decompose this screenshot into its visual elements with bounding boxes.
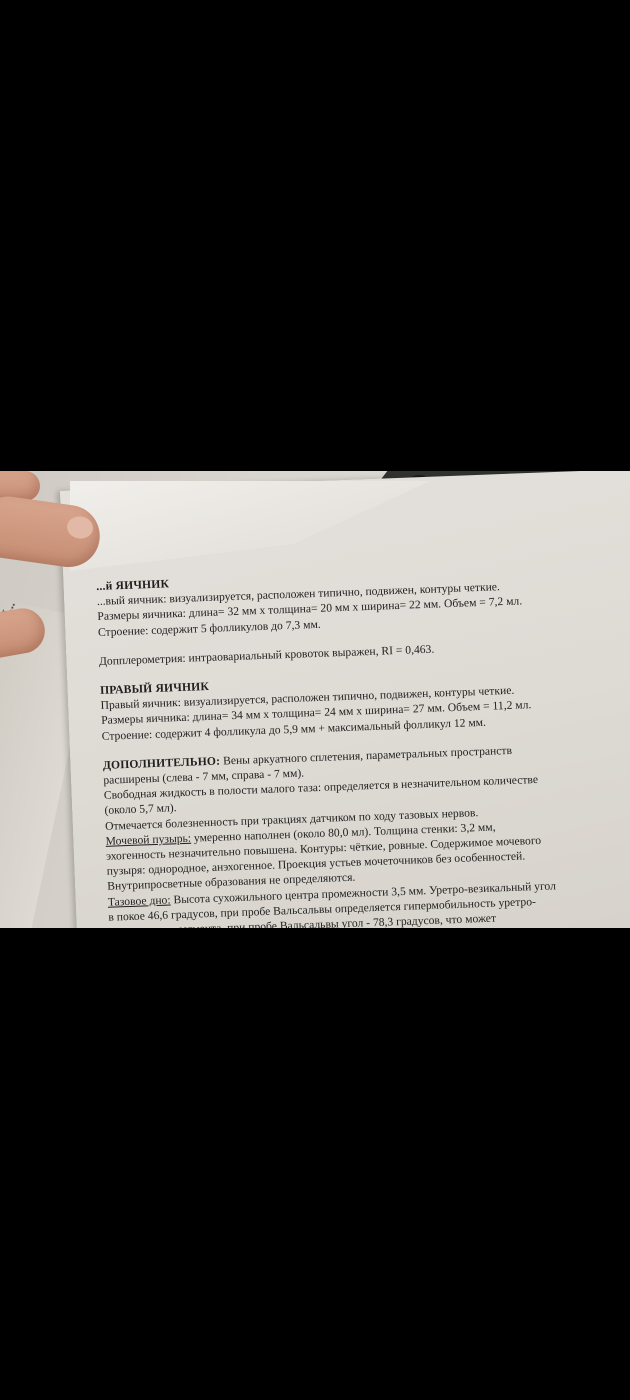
thumbnail bbox=[66, 515, 95, 540]
report-text: ...й ЯИЧНИК ...вый яичник: визуализирует… bbox=[96, 560, 629, 928]
document-photo: ...ий пол... АЛГОРИТМ... ПРЕДЛ... ...й Я… bbox=[0, 471, 630, 928]
pelvic-label: Тазовое дно: bbox=[108, 893, 171, 908]
